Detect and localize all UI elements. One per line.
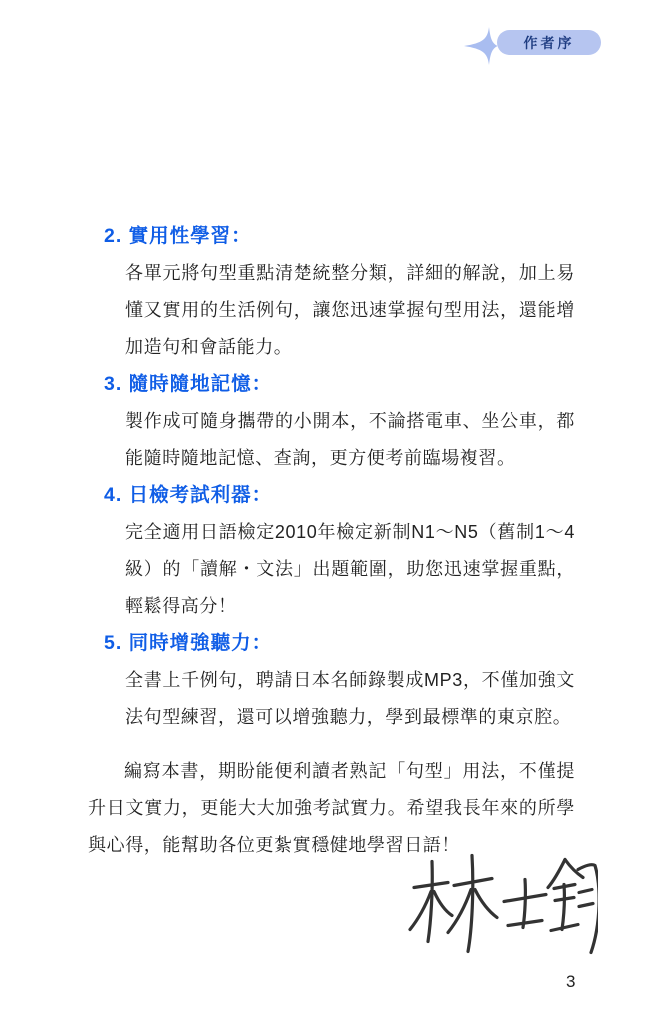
section-memorize-anywhere: 3. 隨時隨地記憶： 製作成可隨身攜帶的小開本，不論搭電車、坐公車，都能隨時隨地…	[104, 366, 593, 477]
section-jlpt-tool: 4. 日檢考試利器： 完全適用日語檢定2010年檢定新制N1～N5（舊制1～4級…	[104, 477, 593, 625]
section-heading: 3. 隨時隨地記憶：	[104, 366, 593, 403]
author-signature	[408, 848, 598, 966]
section-body: 完全適用日語檢定2010年檢定新制N1～N5（舊制1～4級）的「讀解・文法」出題…	[125, 514, 575, 625]
author-preface-badge: 作者序	[497, 30, 601, 55]
section-listening: 5. 同時增強聽力： 全書上千例句，聘請日本名師錄製成MP3，不僅加強文法句型練…	[104, 625, 593, 736]
section-body: 全書上千例句，聘請日本名師錄製成MP3，不僅加強文法句型練習，還可以增強聽力，學…	[125, 662, 575, 736]
section-heading: 5. 同時增強聽力：	[104, 625, 593, 662]
preface-content: 2. 實用性學習： 各單元將句型重點清楚統整分類，詳細的解說，加上易懂又實用的生…	[104, 218, 593, 864]
section-body: 各單元將句型重點清楚統整分類，詳細的解說，加上易懂又實用的生活例句，讓您迅速掌握…	[125, 255, 575, 366]
section-practical-learning: 2. 實用性學習： 各單元將句型重點清楚統整分類，詳細的解說，加上易懂又實用的生…	[104, 218, 593, 366]
page-number: 3	[566, 972, 575, 992]
section-body: 製作成可隨身攜帶的小開本，不論搭電車、坐公車，都能隨時隨地記憶、查詢，更方便考前…	[125, 403, 575, 477]
section-heading: 2. 實用性學習：	[104, 218, 593, 255]
section-heading: 4. 日檢考試利器：	[104, 477, 593, 514]
